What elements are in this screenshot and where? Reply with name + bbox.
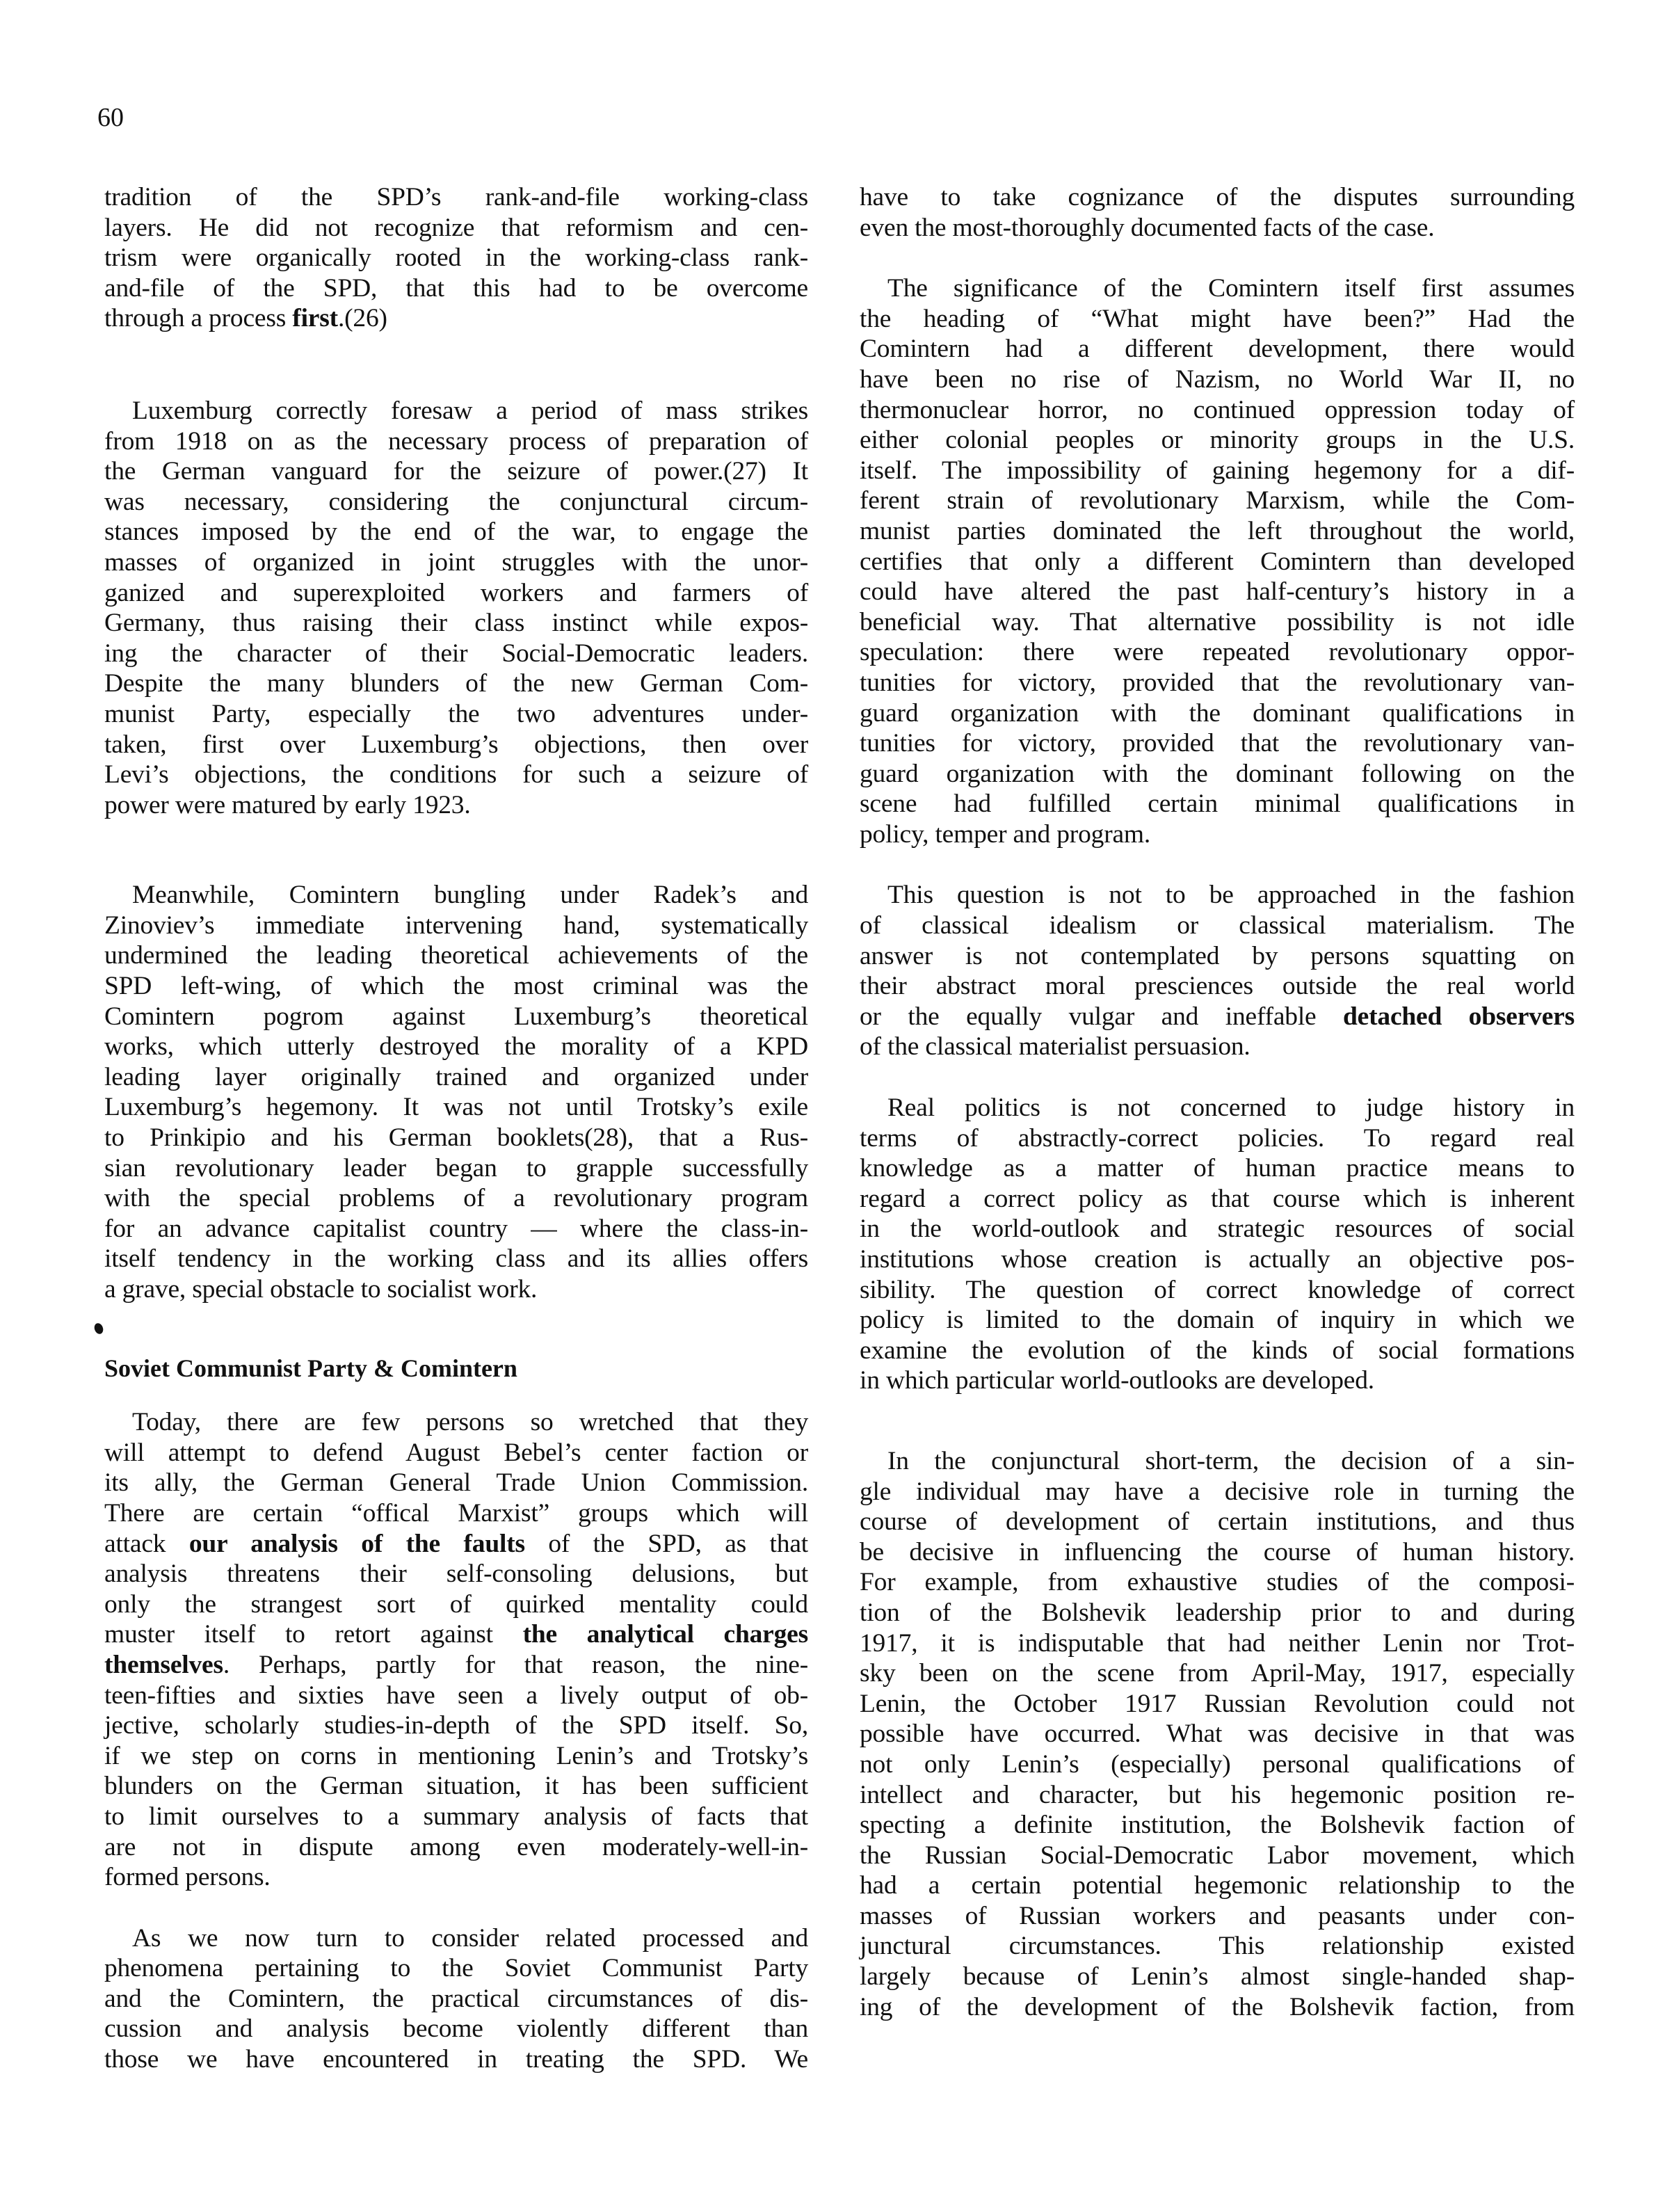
text-run: ing of the development of the Bolshevik …: [860, 1993, 1575, 2021]
text-run: course of development of certain institu…: [860, 1507, 1575, 1536]
text-line: for an advance capitalist country — wher…: [104, 1214, 808, 1244]
text-run: attack: [104, 1530, 189, 1558]
paragraph: Real politics is not concerned to judge …: [860, 1093, 1575, 1396]
text-line: power were matured by early 1923.: [104, 790, 808, 821]
right-column: have to take cognizance of the disputes …: [860, 182, 1575, 2022]
text-line: its ally, the German General Trade Union…: [104, 1468, 808, 1498]
text-run: the German vanguard for the seizure of p…: [104, 457, 808, 486]
text-line: terms of abstractly-correct policies. To…: [860, 1123, 1575, 1154]
text-run: answer is not contemplated by persons sq…: [860, 942, 1575, 970]
text-run: examine the evolution of the kinds of so…: [860, 1336, 1575, 1365]
text-run: speculation: there were repeated revolut…: [860, 638, 1575, 666]
text-line: the Russian Social-Democratic Labor move…: [860, 1841, 1575, 1871]
text-line: This question is not to be approached in…: [860, 880, 1575, 911]
text-line: masses of Russian workers and peasants u…: [860, 1901, 1575, 1932]
text-line: gle individual may have a decisive role …: [860, 1477, 1575, 1507]
text-line: leading layer originally trained and org…: [104, 1062, 808, 1093]
text-line: only the strangest sort of quirked menta…: [104, 1589, 808, 1620]
text-run: thermonuclear horror, no continued oppre…: [860, 396, 1575, 424]
text-run: tradition of the SPD’s rank-and-file wor…: [104, 183, 808, 211]
text-line: layers. He did not recognize that reform…: [104, 213, 808, 243]
text-line: In the conjunctural short-term, the deci…: [860, 1446, 1575, 1477]
text-line: intellect and character, but his hegemon…: [860, 1780, 1575, 1811]
text-line: was necessary, considering the conjunctu…: [104, 487, 808, 518]
text-line: through a process first.(26): [104, 303, 808, 334]
paragraph: have to take cognizance of the disputes …: [860, 182, 1575, 243]
text-run: those we have encountered in treating th…: [104, 2045, 808, 2074]
text-run: Despite the many blunders of the new Ger…: [104, 669, 808, 698]
paragraph-gap: [104, 334, 808, 396]
paragraph: Luxemburg correctly foresaw a period of …: [104, 396, 808, 820]
text-line: tion of the Bolshevik leadership prior t…: [860, 1598, 1575, 1628]
text-run: terms of abstractly-correct policies. To…: [860, 1124, 1575, 1153]
text-run: be decisive in influencing the course of…: [860, 1538, 1575, 1566]
text-line: policy, temper and program.: [860, 819, 1575, 850]
text-run: in the world-outlook and strategic resou…: [860, 1215, 1575, 1243]
text-run: For example, from exhaustive studies of …: [860, 1568, 1575, 1596]
bullet-mark: [93, 1322, 105, 1335]
text-run: and the Comintern, the practical circums…: [104, 1985, 808, 2013]
text-line: tradition of the SPD’s rank-and-file wor…: [104, 182, 808, 213]
text-run: are not in dispute among even moderately…: [104, 1833, 808, 1861]
text-run: had a certain potential hegemonic relati…: [860, 1871, 1575, 1900]
text-run: certifies that only a different Cominter…: [860, 547, 1575, 576]
text-run: scene had fulfilled certain minimal qual…: [860, 790, 1575, 818]
text-run: This question is not to be approached in…: [887, 881, 1575, 909]
text-line: had a certain potential hegemonic relati…: [860, 1870, 1575, 1901]
text-line: ganized and superexploited workers and f…: [104, 578, 808, 609]
paragraph-gap: [104, 1334, 808, 1354]
text-run: works, which utterly destroyed the moral…: [104, 1032, 808, 1061]
text-run: Germany, thus raising their class instin…: [104, 609, 808, 637]
text-line: of the classical materialist persuasion.: [860, 1032, 1575, 1062]
paragraph-gap: [104, 1384, 808, 1407]
text-line: if we step on corns in mentioning Lenin’…: [104, 1741, 808, 1772]
text-run: in which particular world-outlooks are d…: [860, 1366, 1374, 1395]
text-line: are not in dispute among even moderately…: [104, 1832, 808, 1863]
text-run: was necessary, considering the conjunctu…: [104, 488, 808, 516]
text-run: guard organization with the dominant fol…: [860, 760, 1575, 788]
text-line: Meanwhile, Comintern bungling under Rade…: [104, 880, 808, 911]
text-run: a grave, special obstacle to socialist w…: [104, 1275, 537, 1304]
text-run: largely because of Lenin’s almost single…: [860, 1962, 1575, 1991]
text-line: munist Party, especially the two adventu…: [104, 699, 808, 730]
text-line: Lenin, the October 1917 Russian Revoluti…: [860, 1689, 1575, 1720]
text-line: thermonuclear horror, no continued oppre…: [860, 395, 1575, 426]
text-run: undermined the leading theoretical achie…: [104, 941, 808, 970]
section-heading: Soviet Communist Party & Comintern: [104, 1354, 808, 1384]
text-run: ganized and superexploited workers and f…: [104, 579, 808, 607]
text-line: tunities for victory, provided that the …: [860, 728, 1575, 759]
text-line: Luxemburg’s hegemony. It was not until T…: [104, 1092, 808, 1123]
text-line: itself tendency in the working class and…: [104, 1244, 808, 1274]
text-run: of classical idealism or classical mater…: [860, 911, 1575, 940]
text-line: in the world-outlook and strategic resou…: [860, 1214, 1575, 1244]
text-run: its ally, the German General Trade Union…: [104, 1468, 808, 1497]
text-run: taken, first over Luxemburg’s objections…: [104, 730, 808, 759]
text-line: Real politics is not concerned to judge …: [860, 1093, 1575, 1123]
text-line: Despite the many blunders of the new Ger…: [104, 668, 808, 699]
text-run: sibility. The question of correct knowle…: [860, 1276, 1575, 1304]
text-run: the heading of “What might have been?” H…: [860, 305, 1575, 333]
text-run: SPD left-wing, of which the most crimina…: [104, 972, 808, 1000]
text-run: of the SPD, as that: [525, 1530, 808, 1558]
text-run: itself. The impossibility of gaining heg…: [860, 456, 1575, 485]
text-line: muster itself to retort against the anal…: [104, 1619, 808, 1650]
text-line: have to take cognizance of the disputes …: [860, 182, 1575, 213]
text-line: knowledge as a matter of human practice …: [860, 1153, 1575, 1184]
text-run: Today, there are few persons so wretched…: [132, 1408, 808, 1436]
text-run: intellect and character, but his hegemon…: [860, 1781, 1575, 1809]
text-line: scene had fulfilled certain minimal qual…: [860, 789, 1575, 819]
text-run: ferent strain of revolutionary Marxism, …: [860, 486, 1575, 515]
text-line: 1917, it is indisputable that had neithe…: [860, 1628, 1575, 1659]
text-run: knowledge as a matter of human practice …: [860, 1154, 1575, 1183]
paragraph: This question is not to be approached in…: [860, 880, 1575, 1062]
text-run: not only Lenin’s (especially) personal q…: [860, 1750, 1575, 1779]
text-run: Levi’s objections, the conditions for su…: [104, 760, 808, 789]
text-run: have been no rise of Nazism, no World Wa…: [860, 365, 1575, 394]
text-run: phenomena pertaining to the Soviet Commu…: [104, 1954, 808, 1982]
text-run: There are certain “offical Marxist” grou…: [104, 1499, 808, 1528]
text-line: Luxemburg correctly foresaw a period of …: [104, 396, 808, 426]
text-line: a grave, special obstacle to socialist w…: [104, 1274, 808, 1305]
text-line: their abstract moral presciences outside…: [860, 971, 1575, 1002]
paragraph: Meanwhile, Comintern bungling under Rade…: [104, 880, 808, 1304]
text-line: not only Lenin’s (especially) personal q…: [860, 1749, 1575, 1780]
text-run: ing the character of their Social-Democr…: [104, 639, 808, 668]
paragraph-gap: [104, 820, 808, 880]
text-line: Today, there are few persons so wretched…: [104, 1407, 808, 1438]
text-line: undermined the leading theoretical achie…: [104, 940, 808, 971]
text-line: speculation: there were repeated revolut…: [860, 637, 1575, 668]
text-run: Luxemburg’s hegemony. It was not until T…: [104, 1093, 808, 1121]
text-line: formed persons.: [104, 1862, 808, 1893]
text-run: to Prinkipio and his German booklets(28)…: [104, 1123, 808, 1152]
text-run: guard organization with the dominant qua…: [860, 699, 1575, 728]
text-line: Comintern pogrom against Luxemburg’s the…: [104, 1002, 808, 1032]
text-run: Comintern had a different development, t…: [860, 335, 1575, 363]
paragraph: As we now turn to consider related proce…: [104, 1923, 808, 2075]
text-run: even the most-thoroughly documented fact…: [860, 214, 1434, 242]
text-line: guard organization with the dominant fol…: [860, 759, 1575, 790]
text-run: tunities for victory, provided that the …: [860, 668, 1575, 697]
text-line: regard a correct policy as that course w…: [860, 1184, 1575, 1215]
text-line: ing of the development of the Bolshevik …: [860, 1992, 1575, 2023]
text-run: .(26): [338, 304, 387, 332]
text-run: will attempt to defend August Bebel’s ce…: [104, 1438, 808, 1467]
text-run: sky been on the scene from April-May, 19…: [860, 1659, 1575, 1688]
text-run: . Perhaps, partly for that reason, the n…: [223, 1651, 808, 1679]
left-column: tradition of the SPD’s rank-and-file wor…: [104, 182, 808, 2075]
text-run: blunders on the German situation, it has…: [104, 1772, 808, 1800]
text-run: munist parties dominated the left throug…: [860, 517, 1575, 545]
text-run: muster itself to retort against: [104, 1620, 523, 1649]
text-run: Real politics is not concerned to judge …: [887, 1093, 1575, 1122]
text-line: institutions whose creation is actually …: [860, 1244, 1575, 1275]
text-run: their abstract moral presciences outside…: [860, 972, 1575, 1000]
page-number: 60: [97, 104, 124, 131]
text-line: will attempt to defend August Bebel’s ce…: [104, 1438, 808, 1468]
text-line: sian revolutionary leader began to grapp…: [104, 1153, 808, 1184]
paragraph-gap: [860, 1396, 1575, 1446]
text-line: and the Comintern, the practical circums…: [104, 1984, 808, 2014]
text-line: As we now turn to consider related proce…: [104, 1923, 808, 1954]
text-run: from 1918 on as the necessary process of…: [104, 427, 808, 456]
text-line: those we have encountered in treating th…: [104, 2044, 808, 2075]
text-run: only the strangest sort of quirked menta…: [104, 1590, 808, 1619]
text-line: blunders on the German situation, it has…: [104, 1771, 808, 1802]
text-line: policy is limited to the domain of inqui…: [860, 1305, 1575, 1336]
text-line: cussion and analysis become violently di…: [104, 2014, 808, 2044]
text-line: the heading of “What might have been?” H…: [860, 304, 1575, 335]
text-line: and-file of the SPD, that this had to be…: [104, 273, 808, 304]
text-run: regard a correct policy as that course w…: [860, 1185, 1575, 1213]
paragraph-gap: [860, 1062, 1575, 1093]
bold-emphasis: our analysis of the faults: [189, 1530, 525, 1558]
text-line: have been no rise of Nazism, no World Wa…: [860, 364, 1575, 395]
text-run: cussion and analysis become violently di…: [104, 2014, 808, 2043]
text-run: itself tendency in the working class and…: [104, 1244, 808, 1273]
text-run: gle individual may have a decisive role …: [860, 1477, 1575, 1506]
text-run: Zinoviev’s immediate intervening hand, s…: [104, 911, 808, 940]
text-run: and-file of the SPD, that this had to be…: [104, 274, 808, 303]
text-line: to Prinkipio and his German booklets(28)…: [104, 1123, 808, 1153]
paragraph: In the conjunctural short-term, the deci…: [860, 1446, 1575, 2022]
text-line: munist parties dominated the left throug…: [860, 516, 1575, 547]
paragraph-gap: [104, 1893, 808, 1923]
text-line: the German vanguard for the seizure of p…: [104, 456, 808, 487]
text-run: In the conjunctural short-term, the deci…: [887, 1447, 1575, 1475]
text-line: tunities for victory, provided that the …: [860, 668, 1575, 698]
text-run: The significance of the Comintern itself…: [887, 274, 1575, 303]
text-run: junctural circumstances. This relationsh…: [860, 1932, 1575, 1960]
text-line: Germany, thus raising their class instin…: [104, 608, 808, 639]
text-run: stances imposed by the end of the war, t…: [104, 518, 808, 546]
text-line: ing the character of their Social-Democr…: [104, 639, 808, 669]
text-run: if we step on corns in mentioning Lenin’…: [104, 1742, 808, 1770]
text-line: be decisive in influencing the course of…: [860, 1537, 1575, 1568]
text-run: analysis threatens their self-consoling …: [104, 1560, 808, 1588]
text-run: possible have occurred. What was decisiv…: [860, 1720, 1575, 1748]
text-line: or the equally vulgar and ineffable deta…: [860, 1002, 1575, 1032]
text-line: teen-fifties and sixties have seen a liv…: [104, 1681, 808, 1711]
text-line: There are certain “offical Marxist” grou…: [104, 1498, 808, 1529]
text-run: beneficial way. That alternative possibi…: [860, 608, 1575, 636]
text-run: masses of Russian workers and peasants u…: [860, 1902, 1575, 1930]
text-line: sibility. The question of correct knowle…: [860, 1275, 1575, 1306]
text-run: through a process: [104, 304, 292, 332]
paragraph: Today, there are few persons so wretched…: [104, 1407, 808, 1893]
text-run: with the special problems of a revolutio…: [104, 1184, 808, 1212]
text-run: 1917, it is indisputable that had neithe…: [860, 1629, 1575, 1658]
text-line: stances imposed by the end of the war, t…: [104, 517, 808, 547]
paragraph: The significance of the Comintern itself…: [860, 273, 1575, 849]
text-run: Luxemburg correctly foresaw a period of …: [132, 396, 808, 425]
text-line: with the special problems of a revolutio…: [104, 1183, 808, 1214]
text-line: examine the evolution of the kinds of so…: [860, 1336, 1575, 1366]
text-line: beneficial way. That alternative possibi…: [860, 607, 1575, 638]
text-run: layers. He did not recognize that reform…: [104, 214, 808, 242]
paragraph-gap: [860, 849, 1575, 880]
text-line: analysis threatens their self-consoling …: [104, 1559, 808, 1589]
text-run: masses of organized in joint struggles w…: [104, 548, 808, 577]
text-run: the Russian Social-Democratic Labor move…: [860, 1841, 1575, 1870]
text-line: ferent strain of revolutionary Marxism, …: [860, 486, 1575, 516]
text-line: from 1918 on as the necessary process of…: [104, 426, 808, 457]
text-run: either colonial peoples or minority grou…: [860, 426, 1575, 454]
text-run: munist Party, especially the two adventu…: [104, 700, 808, 728]
text-line: themselves. Perhaps, partly for that rea…: [104, 1650, 808, 1681]
text-line: itself. The impossibility of gaining heg…: [860, 456, 1575, 486]
text-run: to limit ourselves to a summary analysis…: [104, 1802, 808, 1831]
text-line: phenomena pertaining to the Soviet Commu…: [104, 1953, 808, 1984]
text-run: for an advance capitalist country — wher…: [104, 1215, 808, 1243]
text-run: policy, temper and program.: [860, 820, 1150, 849]
paragraph-gap: [104, 1305, 808, 1323]
text-run: teen-fifties and sixties have seen a liv…: [104, 1681, 808, 1710]
text-run: institutions whose creation is actually …: [860, 1245, 1575, 1274]
text-run: leading layer originally trained and org…: [104, 1063, 808, 1091]
bold-emphasis: the analytical charges: [523, 1620, 808, 1649]
text-line: of classical idealism or classical mater…: [860, 911, 1575, 941]
text-line: jective, scholarly studies-in-depth of t…: [104, 1710, 808, 1741]
text-run: Meanwhile, Comintern bungling under Rade…: [132, 881, 808, 909]
text-line: even the most-thoroughly documented fact…: [860, 213, 1575, 243]
text-line: specting a definite institution, the Bol…: [860, 1810, 1575, 1841]
text-line: sky been on the scene from April-May, 19…: [860, 1658, 1575, 1689]
bold-emphasis: first: [292, 304, 338, 332]
text-line: The significance of the Comintern itself…: [860, 273, 1575, 304]
text-line: Levi’s objections, the conditions for su…: [104, 760, 808, 790]
text-line: certifies that only a different Cominter…: [860, 547, 1575, 577]
text-line: course of development of certain institu…: [860, 1507, 1575, 1537]
text-run: sian revolutionary leader began to grapp…: [104, 1154, 808, 1183]
text-run: As we now turn to consider related proce…: [132, 1924, 808, 1953]
text-run: could have altered the past half-century…: [860, 577, 1575, 606]
text-run: power were matured by early 1923.: [104, 791, 471, 819]
paragraph-gap: [860, 243, 1575, 273]
text-line: For example, from exhaustive studies of …: [860, 1567, 1575, 1598]
text-line: junctural circumstances. This relationsh…: [860, 1931, 1575, 1962]
text-line: trism were organically rooted in the wor…: [104, 243, 808, 273]
text-line: works, which utterly destroyed the moral…: [104, 1032, 808, 1062]
paragraph: tradition of the SPD’s rank-and-file wor…: [104, 182, 808, 334]
text-run: jective, scholarly studies-in-depth of t…: [104, 1711, 808, 1740]
text-line: in which particular world-outlooks are d…: [860, 1365, 1575, 1396]
text-line: attack our analysis of the faults of the…: [104, 1529, 808, 1560]
text-run: Comintern pogrom against Luxemburg’s the…: [104, 1002, 808, 1031]
text-line: Comintern had a different development, t…: [860, 334, 1575, 364]
text-line: largely because of Lenin’s almost single…: [860, 1962, 1575, 1992]
text-line: to limit ourselves to a summary analysis…: [104, 1802, 808, 1832]
text-run: of the classical materialist persuasion.: [860, 1032, 1250, 1061]
text-line: taken, first over Luxemburg’s objections…: [104, 730, 808, 760]
text-run: formed persons.: [104, 1863, 271, 1891]
text-run: tunities for victory, provided that the …: [860, 729, 1575, 758]
bold-emphasis: detached observers: [1343, 1002, 1575, 1031]
text-line: SPD left-wing, of which the most crimina…: [104, 971, 808, 1002]
text-run: Lenin, the October 1917 Russian Revoluti…: [860, 1690, 1575, 1718]
text-run: have to take cognizance of the disputes …: [860, 183, 1575, 211]
text-line: guard organization with the dominant qua…: [860, 698, 1575, 729]
text-line: possible have occurred. What was decisiv…: [860, 1719, 1575, 1749]
text-run: or the equally vulgar and ineffable: [860, 1002, 1343, 1031]
text-line: could have altered the past half-century…: [860, 577, 1575, 607]
text-line: masses of organized in joint struggles w…: [104, 547, 808, 578]
text-line: either colonial peoples or minority grou…: [860, 425, 1575, 456]
text-run: trism were organically rooted in the wor…: [104, 243, 808, 272]
text-line: answer is not contemplated by persons sq…: [860, 941, 1575, 972]
text-run: tion of the Bolshevik leadership prior t…: [860, 1598, 1575, 1627]
text-run: policy is limited to the domain of inqui…: [860, 1306, 1575, 1334]
text-line: Zinoviev’s immediate intervening hand, s…: [104, 911, 808, 941]
bold-emphasis: themselves: [104, 1651, 223, 1679]
text-run: specting a definite institution, the Bol…: [860, 1811, 1575, 1839]
